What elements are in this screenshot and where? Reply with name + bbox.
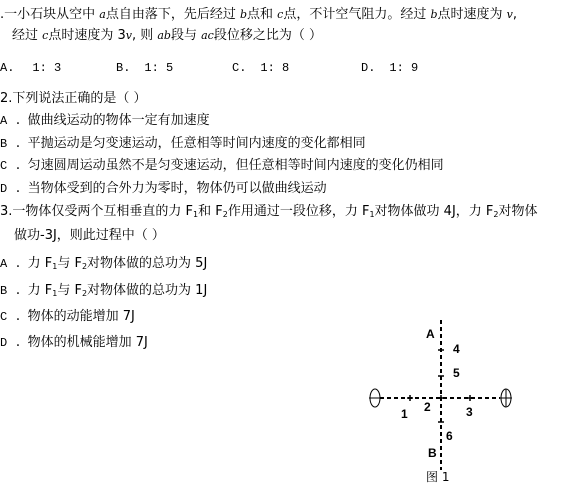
label-point-6: 6 [446,429,453,443]
positive-charge-icon [500,389,512,407]
negative-charge-icon [369,389,381,407]
label-point-3: 3 [466,405,473,419]
label-point-4: 4 [453,342,460,356]
label-point-1: 1 [401,407,408,421]
figure-1-diagram [0,0,567,494]
label-point-a: A [426,327,435,341]
figure-caption: 图 1 [426,470,449,484]
label-point-2: 2 [424,400,431,414]
label-point-5: 5 [453,366,460,380]
label-point-b: B [428,446,437,460]
